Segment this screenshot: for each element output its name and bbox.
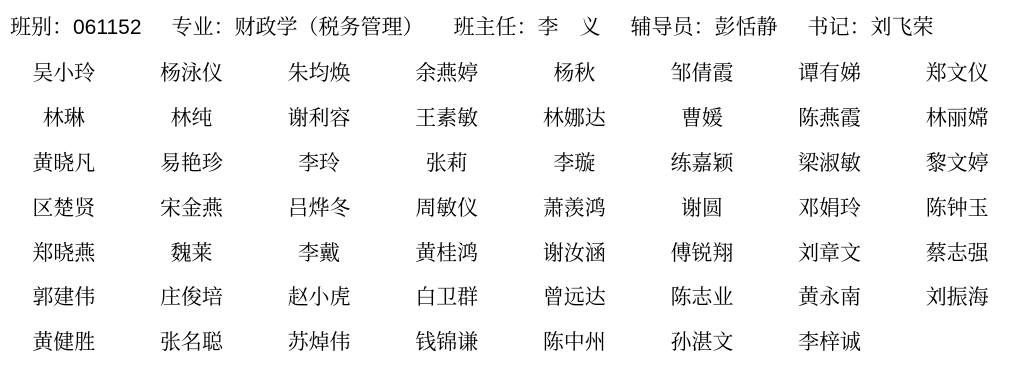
student-name: 萧羡鸿 (511, 184, 639, 229)
student-name: 易艳珍 (128, 140, 256, 185)
student-name: 朱均焕 (255, 50, 383, 95)
student-name: 王素敏 (383, 95, 511, 140)
student-name: 魏莱 (128, 229, 256, 274)
student-name: 傅锐翔 (638, 229, 766, 274)
student-name: 林丽嫦 (893, 95, 1021, 140)
student-name: 郭建伟 (0, 274, 128, 319)
student-name: 谢汝涵 (511, 229, 639, 274)
student-name: 孙湛文 (638, 319, 766, 364)
student-name: 区楚贤 (0, 184, 128, 229)
student-name: 李梓诚 (766, 319, 894, 364)
counselor-field: 辅导员：彭恬静 (631, 14, 778, 42)
student-name: 吕烨冬 (255, 184, 383, 229)
student-name: 郑文仪 (893, 50, 1021, 95)
secretary-field: 书记：刘飞荣 (808, 14, 934, 42)
student-name: 李戴 (255, 229, 383, 274)
student-name: 刘章文 (766, 229, 894, 274)
student-name: 陈中州 (511, 319, 639, 364)
major-field: 专业：财政学（税务管理） (172, 14, 424, 42)
student-name: 张莉 (383, 140, 511, 185)
student-name: 黄桂鸿 (383, 229, 511, 274)
student-name: 邓娟玲 (766, 184, 894, 229)
student-name: 陈志业 (638, 274, 766, 319)
student-name: 杨秋 (511, 50, 639, 95)
student-name: 林娜达 (511, 95, 639, 140)
student-name: 曾远达 (511, 274, 639, 319)
student-name: 黄健胜 (0, 319, 128, 364)
student-name: 黄永南 (766, 274, 894, 319)
student-name: 苏焯伟 (255, 319, 383, 364)
student-name: 余燕婷 (383, 50, 511, 95)
student-name: 吴小玲 (0, 50, 128, 95)
student-name: 林纯 (128, 95, 256, 140)
student-name: 庄俊培 (128, 274, 256, 319)
student-name: 李玲 (255, 140, 383, 185)
student-name: 梁淑敏 (766, 140, 894, 185)
student-name: 黎文婷 (893, 140, 1021, 185)
student-name: 宋金燕 (128, 184, 256, 229)
student-name: 谢圆 (638, 184, 766, 229)
student-name: 练嘉颖 (638, 140, 766, 185)
student-name: 曹媛 (638, 95, 766, 140)
class-id-field: 班别：061152 (10, 14, 142, 42)
student-name: 黄晓凡 (0, 140, 128, 185)
student-name: 白卫群 (383, 274, 511, 319)
empty-cell (893, 319, 1021, 364)
student-name: 张名聪 (128, 319, 256, 364)
student-name: 陈燕霞 (766, 95, 894, 140)
student-name: 谭有娣 (766, 50, 894, 95)
student-name: 谢利容 (255, 95, 383, 140)
student-name: 陈钟玉 (893, 184, 1021, 229)
student-name: 李璇 (511, 140, 639, 185)
student-name: 周敏仪 (383, 184, 511, 229)
student-name: 林琳 (0, 95, 128, 140)
student-name: 蔡志强 (893, 229, 1021, 274)
roster-grid: 吴小玲杨泳仪朱均焕余燕婷杨秋邹倩霞谭有娣郑文仪林琳林纯谢利容王素敏林娜达曹媛陈燕… (0, 50, 1021, 364)
student-name: 赵小虎 (255, 274, 383, 319)
student-name: 郑晓燕 (0, 229, 128, 274)
student-name: 杨泳仪 (128, 50, 256, 95)
roster-header: 班别：061152 专业：财政学（税务管理） 班主任：李 义 辅导员：彭恬静 书… (0, 0, 1021, 42)
student-name: 刘振海 (893, 274, 1021, 319)
student-name: 钱锦谦 (383, 319, 511, 364)
class-roster-page: 班别：061152 专业：财政学（税务管理） 班主任：李 义 辅导员：彭恬静 书… (0, 0, 1021, 376)
class-teacher-field: 班主任：李 义 (454, 14, 601, 42)
student-name: 邹倩霞 (638, 50, 766, 95)
